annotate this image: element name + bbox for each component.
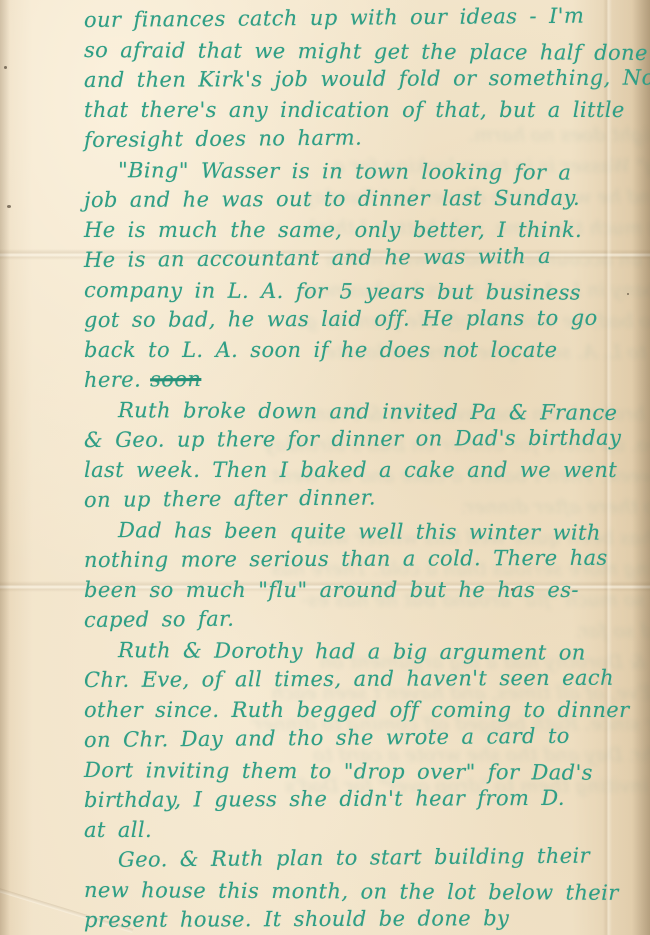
handwriting-line: got so bad, he was laid off. He plans to… [84, 303, 650, 335]
handwriting-line: on up there after dinner. [84, 480, 650, 515]
handwriting-line: and then Kirk's job would fold or someth… [84, 63, 650, 95]
handwriting-line: birthday, I guess she didn't hear from D… [84, 783, 650, 815]
struck-out-word: soon [150, 367, 201, 391]
handwriting-line: job and he was out to dinner last Sunday… [84, 183, 650, 215]
handwriting-line: & Geo. up there for dinner on Dad's birt… [84, 423, 650, 455]
handwriting-line: Geo. & Ruth plan to start building their [84, 840, 650, 875]
handwriting-line: present house. It should be done by [84, 903, 650, 935]
handwriting-line: Chr. Eve, of all times, and haven't seen… [84, 663, 650, 695]
handwriting-line: caped so far. [84, 600, 650, 635]
handwriting-line: nothing more serious than a cold. There … [84, 543, 650, 575]
handwriting-line: He is an accountant and he was with a [84, 240, 650, 275]
letter-page: foresight does no harm."Bing" Wasser is … [0, 0, 650, 935]
handwriting-line: foresight does no harm. [84, 120, 650, 155]
letter-body: our finances catch up with our ideas - I… [0, 5, 650, 935]
handwriting-line: here.soon [84, 360, 650, 395]
handwriting-line: our finances catch up with our ideas - I… [84, 0, 650, 35]
handwriting-line: on Chr. Day and tho she wrote a card to [84, 720, 650, 755]
